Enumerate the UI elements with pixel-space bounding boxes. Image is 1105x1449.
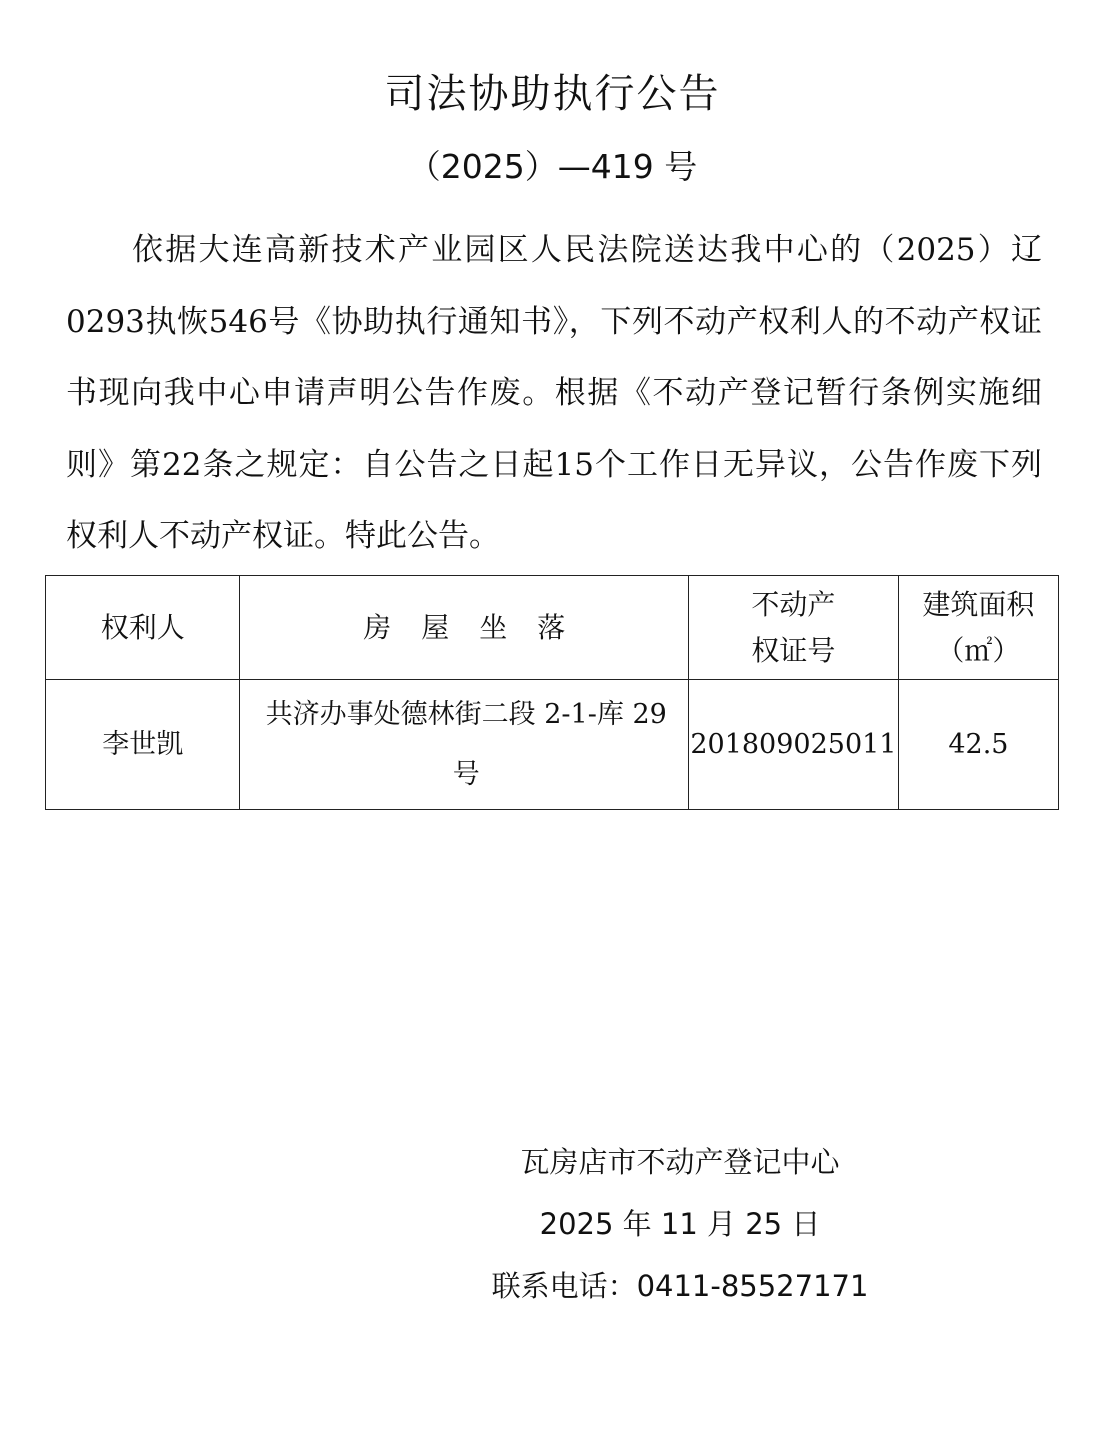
table-header-row: 权利人 房屋坐落 不动产 权证号 建筑面积 （㎡） bbox=[46, 576, 1059, 680]
issuer: 瓦房店市不动产登记中心 bbox=[460, 1142, 900, 1182]
header-area-line2: （㎡） bbox=[899, 628, 1058, 674]
property-table: 权利人 房屋坐落 不动产 权证号 建筑面积 （㎡） 李世凯 共济办事处德林街二段… bbox=[45, 575, 1059, 810]
notice-number: （2025）—419 号 bbox=[0, 144, 1105, 190]
notice-body: 依据大连高新技术产业园区人民法院送达我中心的（2025）辽0293执恢546号《… bbox=[66, 215, 1042, 573]
notice-title: 司法协助执行公告 bbox=[0, 66, 1105, 122]
cell-area: 42.5 bbox=[898, 680, 1058, 810]
header-area-line1: 建筑面积 bbox=[899, 582, 1058, 628]
header-owner: 权利人 bbox=[46, 576, 240, 680]
cell-location: 共济办事处德林街二段 2-1-库 29 号 bbox=[240, 680, 689, 810]
cell-cert-no: 201809025011 bbox=[688, 680, 898, 810]
header-location: 房屋坐落 bbox=[240, 576, 689, 680]
header-cert-line2: 权证号 bbox=[689, 628, 898, 674]
header-cert-line1: 不动产 bbox=[689, 582, 898, 628]
cell-owner: 李世凯 bbox=[46, 680, 240, 810]
header-cert-no: 不动产 权证号 bbox=[688, 576, 898, 680]
contact-phone: 联系电话：0411-85527171 bbox=[460, 1266, 900, 1306]
table-row: 李世凯 共济办事处德林街二段 2-1-库 29 号 201809025011 4… bbox=[46, 680, 1059, 810]
header-area: 建筑面积 （㎡） bbox=[898, 576, 1058, 680]
issue-date: 2025 年 11 月 25 日 bbox=[460, 1204, 900, 1244]
